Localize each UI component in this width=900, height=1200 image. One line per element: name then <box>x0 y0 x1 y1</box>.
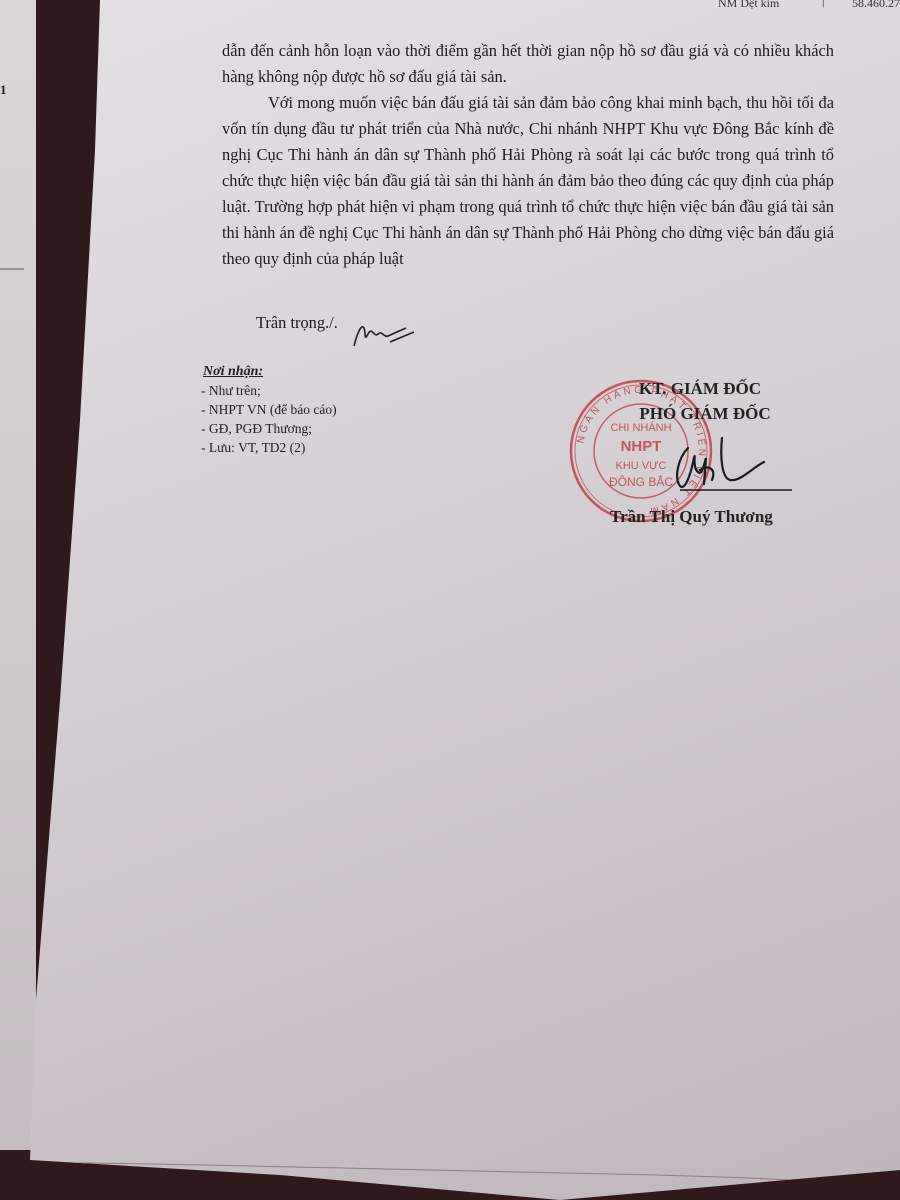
paragraph-2: Với mong muốn việc bán đấu giá tài sản đ… <box>222 90 834 272</box>
previous-page-strip: NM Dệt kim | 58.460.27 <box>600 0 900 10</box>
letter-body: dẫn đến cảnh hỗn loạn vào thời điểm gần … <box>222 38 834 272</box>
recipient-item: - Lưu: VT, TD2 (2) <box>201 438 337 457</box>
strip-divider: | <box>822 0 824 6</box>
initial-signature-icon <box>350 320 420 350</box>
document-page: NM Dệt kim | 58.460.27 dẫn đến cảnh hỗn … <box>0 0 900 1200</box>
strip-value: 58.460.27 <box>852 0 900 8</box>
closing-line: Trân trọng./. <box>256 313 338 333</box>
recipient-item: - NHPT VN (để báo cáo) <box>201 400 337 419</box>
paper-crease-line <box>10 1160 890 1190</box>
signer-title-line-2: PHÓ GIÁM ĐỐC <box>600 401 810 426</box>
signer-title-line-1: KT. GIÁM ĐỐC <box>590 376 810 401</box>
recipient-item: - GĐ, PGĐ Thương; <box>201 419 337 438</box>
paragraph-1: dẫn đến cảnh hỗn loạn vào thời điểm gần … <box>222 38 834 90</box>
background-paper-sheet: 1 <box>0 0 36 1150</box>
recipient-item: - Như trên; <box>201 381 337 400</box>
back-sheet-mark: 1 <box>0 82 7 98</box>
recipients-title: Nơi nhận: <box>203 362 337 381</box>
back-sheet-line <box>0 268 24 270</box>
signer-name: Trần Thị Quý Thương <box>610 507 773 527</box>
signer-title-block: KT. GIÁM ĐỐC PHÓ GIÁM ĐỐC <box>610 376 810 426</box>
recipients-list: Nơi nhận: - Như trên; - NHPT VN (để báo … <box>197 362 337 457</box>
handwritten-signature-icon <box>640 428 800 498</box>
strip-label: NM Dệt kim <box>718 0 779 8</box>
